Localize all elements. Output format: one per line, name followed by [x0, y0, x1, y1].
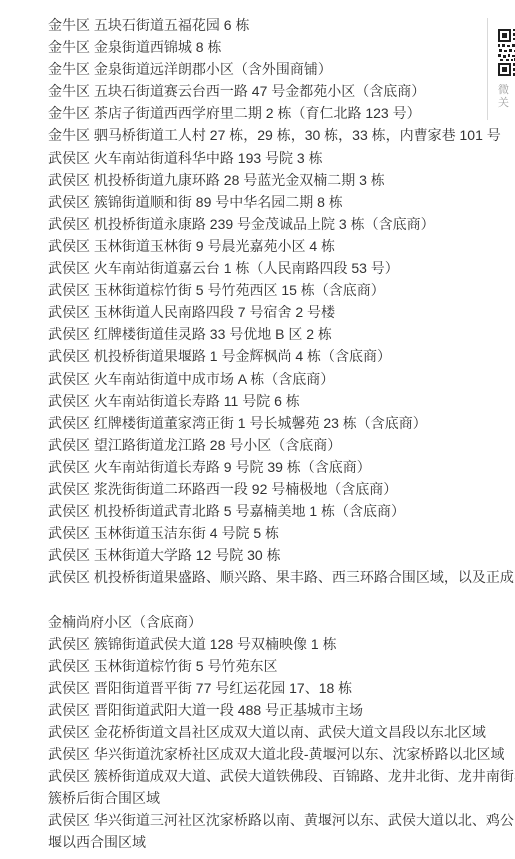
address-line: 武侯区 玉林街道大学路 12 号院 30 栋: [48, 544, 508, 566]
address-line: 武侯区 浆洗街街道二环路西一段 92 号楠极地（含底商）: [48, 478, 508, 500]
address-line: 武侯区 机投桥街道果堰路 1 号金辉枫尚 4 栋（含底商）: [48, 345, 508, 367]
address-line: 武侯区 机投桥街道九康环路 28 号蓝光金双楠二期 3 栋: [48, 169, 508, 191]
address-list: 金牛区 五块石街道五福花园 6 栋金牛区 金泉街道西锦城 8 栋金牛区 金泉街道…: [48, 14, 508, 854]
address-line: 武侯区 机投桥街道果盛路、顺兴路、果丰路、西三环路合围区域，以及正成: [48, 566, 508, 588]
address-line: 金牛区 五块石街道赛云台西一路 47 号金都苑小区（含底商）: [48, 80, 508, 102]
address-line: 武侯区 玉林街道人民南路四段 7 号宿舍 2 号楼: [48, 301, 508, 323]
address-line: 金楠尚府小区（含底商）: [48, 611, 508, 633]
address-line: 武侯区 红牌楼街道佳灵路 33 号优地 B 区 2 栋: [48, 323, 508, 345]
address-line: 武侯区 玉林街道棕竹街 5 号竹苑东区: [48, 655, 508, 677]
address-line: 金牛区 驷马桥街道工人村 27 栋，29 栋，30 栋，33 栋，内曹家巷 10…: [48, 124, 508, 146]
address-line: 武侯区 玉林街道棕竹街 5 号竹苑西区 15 栋（含底商）: [48, 279, 508, 301]
address-line: 金牛区 茶店子街道西西学府里二期 2 栋（育仁北路 123 号）: [48, 102, 508, 124]
address-line: 武侯区 望江路街道龙江路 28 号小区（含底商）: [48, 434, 508, 456]
qr-caption-line2: 关: [498, 97, 515, 110]
qr-caption: 微 关: [498, 84, 515, 109]
address-line: 武侯区 红牌楼街道董家湾正街 1 号长城馨苑 23 栋（含底商）: [48, 412, 508, 434]
address-line: 武侯区 火车南站街道长寿路 11 号院 6 栋: [48, 390, 508, 412]
address-line: 簇桥后街合围区域: [48, 787, 508, 809]
address-line: 堰以西合围区域: [48, 831, 508, 853]
address-line: 武侯区 机投桥街道永康路 239 号金茂诚品上院 3 栋（含底商）: [48, 213, 508, 235]
address-line: 武侯区 簇锦街道武侯大道 128 号双楠映像 1 栋: [48, 633, 508, 655]
address-line: 武侯区 晋阳街道晋平街 77 号红运花园 17、18 栋: [48, 677, 508, 699]
qr-code-icon: [498, 29, 515, 76]
qr-caption-line1: 微: [498, 84, 515, 97]
address-line: 武侯区 玉林街道玉洁东街 4 号院 5 栋: [48, 522, 508, 544]
address-line: 武侯区 华兴街道沈家桥社区成双大道北段-黄堰河以东、沈家桥路以北区域: [48, 743, 508, 765]
address-line: 金牛区 五块石街道五福花园 6 栋: [48, 14, 508, 36]
address-line: 武侯区 金花桥街道文昌社区成双大道以南、武侯大道文昌段以东北区域: [48, 721, 508, 743]
address-line: 武侯区 火车南站街道嘉云台 1 栋（人民南路四段 53 号）: [48, 257, 508, 279]
blank-line: [48, 588, 508, 610]
address-line: 武侯区 火车南站街道长寿路 9 号院 39 栋（含底商）: [48, 456, 508, 478]
article-page: 金牛区 五块石街道五福花园 6 栋金牛区 金泉街道西锦城 8 栋金牛区 金泉街道…: [0, 0, 515, 859]
address-line: 金牛区 金泉街道远洋朗郡小区（含外围商铺）: [48, 58, 508, 80]
address-line: 武侯区 玉林街道玉林街 9 号晨光嘉苑小区 4 栋: [48, 235, 508, 257]
address-line: 金牛区 金泉街道西锦城 8 栋: [48, 36, 508, 58]
address-line: 武侯区 簇桥街道成双大道、武侯大道铁佛段、百锦路、龙井北街、龙井南街、: [48, 765, 508, 787]
address-line: 武侯区 华兴街道三河社区沈家桥路以南、黄堰河以东、武侯大道以北、鸡公: [48, 809, 508, 831]
address-line: 武侯区 机投桥街道武青北路 5 号嘉楠美地 1 栋（含底商）: [48, 500, 508, 522]
address-line: 武侯区 晋阳街道武阳大道一段 488 号正基城市主场: [48, 699, 508, 721]
address-line: 武侯区 火车南站街道科华中路 193 号院 3 栋: [48, 147, 508, 169]
wechat-qr-widget[interactable]: 微 关: [487, 18, 515, 120]
address-line: 武侯区 火车南站街道中成市场 A 栋（含底商）: [48, 368, 508, 390]
address-line: 武侯区 簇锦街道顺和街 89 号中华名园二期 8 栋: [48, 191, 508, 213]
